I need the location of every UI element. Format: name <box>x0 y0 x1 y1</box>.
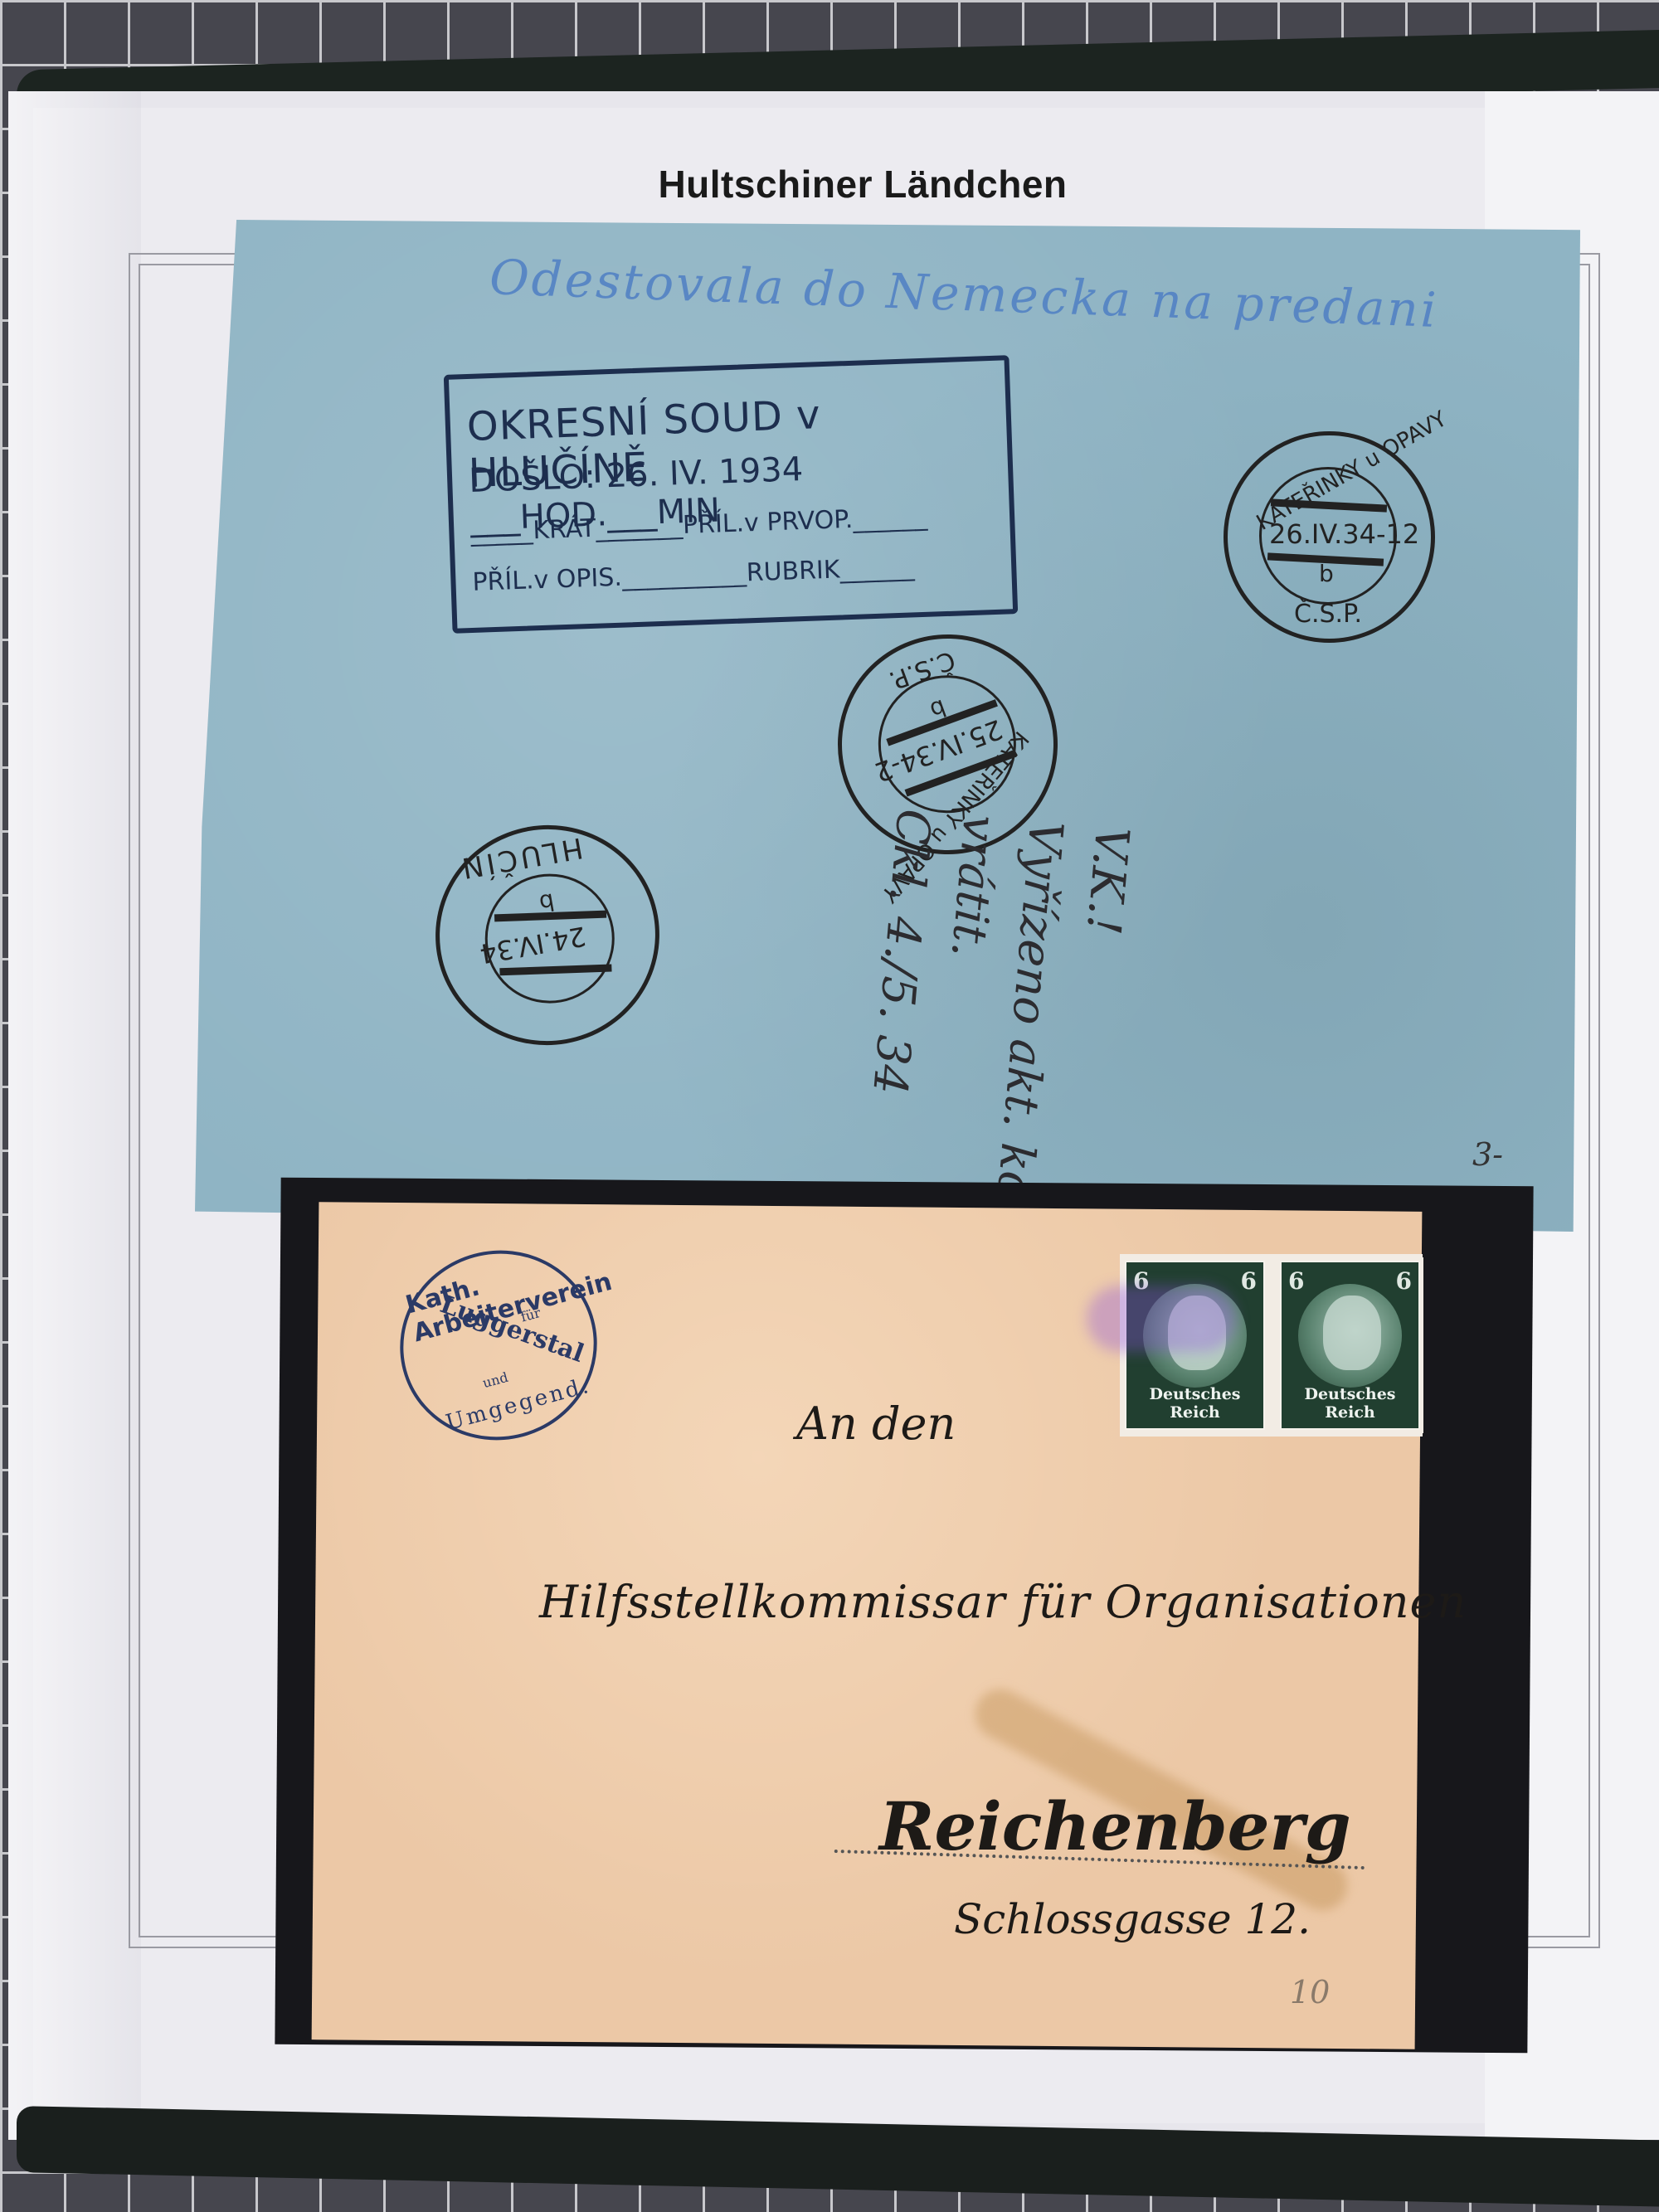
sleeve-punch-holes <box>8 91 141 2140</box>
postmark-letter: b <box>1319 560 1334 587</box>
postmark-country: Č.S.P. <box>1294 600 1362 629</box>
postmark-date: 26.IV.34-12 <box>1269 518 1419 550</box>
portrait-head-icon <box>1323 1296 1381 1370</box>
pencil-number: 10 <box>1290 1974 1330 2010</box>
violet-cancellation <box>1087 1286 1236 1352</box>
cachet-line-4: PŘÍL.v OPIS.__________RUBRIK______ <box>472 552 915 597</box>
page-title: Hultschiner Ländchen <box>498 162 1228 207</box>
hindenburg-stamp: 6 6 Deutsches Reich <box>1280 1261 1420 1430</box>
address-recipient: Hilfsstellkommissar für Organisationen <box>539 1576 1467 1628</box>
postmark-katerinky-1: KATEŘINKY u OPAVY 26.IV.34-12 b Č.S.P. <box>1224 431 1435 643</box>
address-street: Schlossgasse 12. <box>954 1895 1311 1943</box>
pencil-price-note: 3- <box>1472 1136 1503 1173</box>
court-receipt-cachet: OKRESNÍ SOUD v HLUČÍNĚ DOŠLO: 26. IV. 19… <box>444 355 1018 634</box>
address-salutation: An den <box>796 1398 956 1450</box>
